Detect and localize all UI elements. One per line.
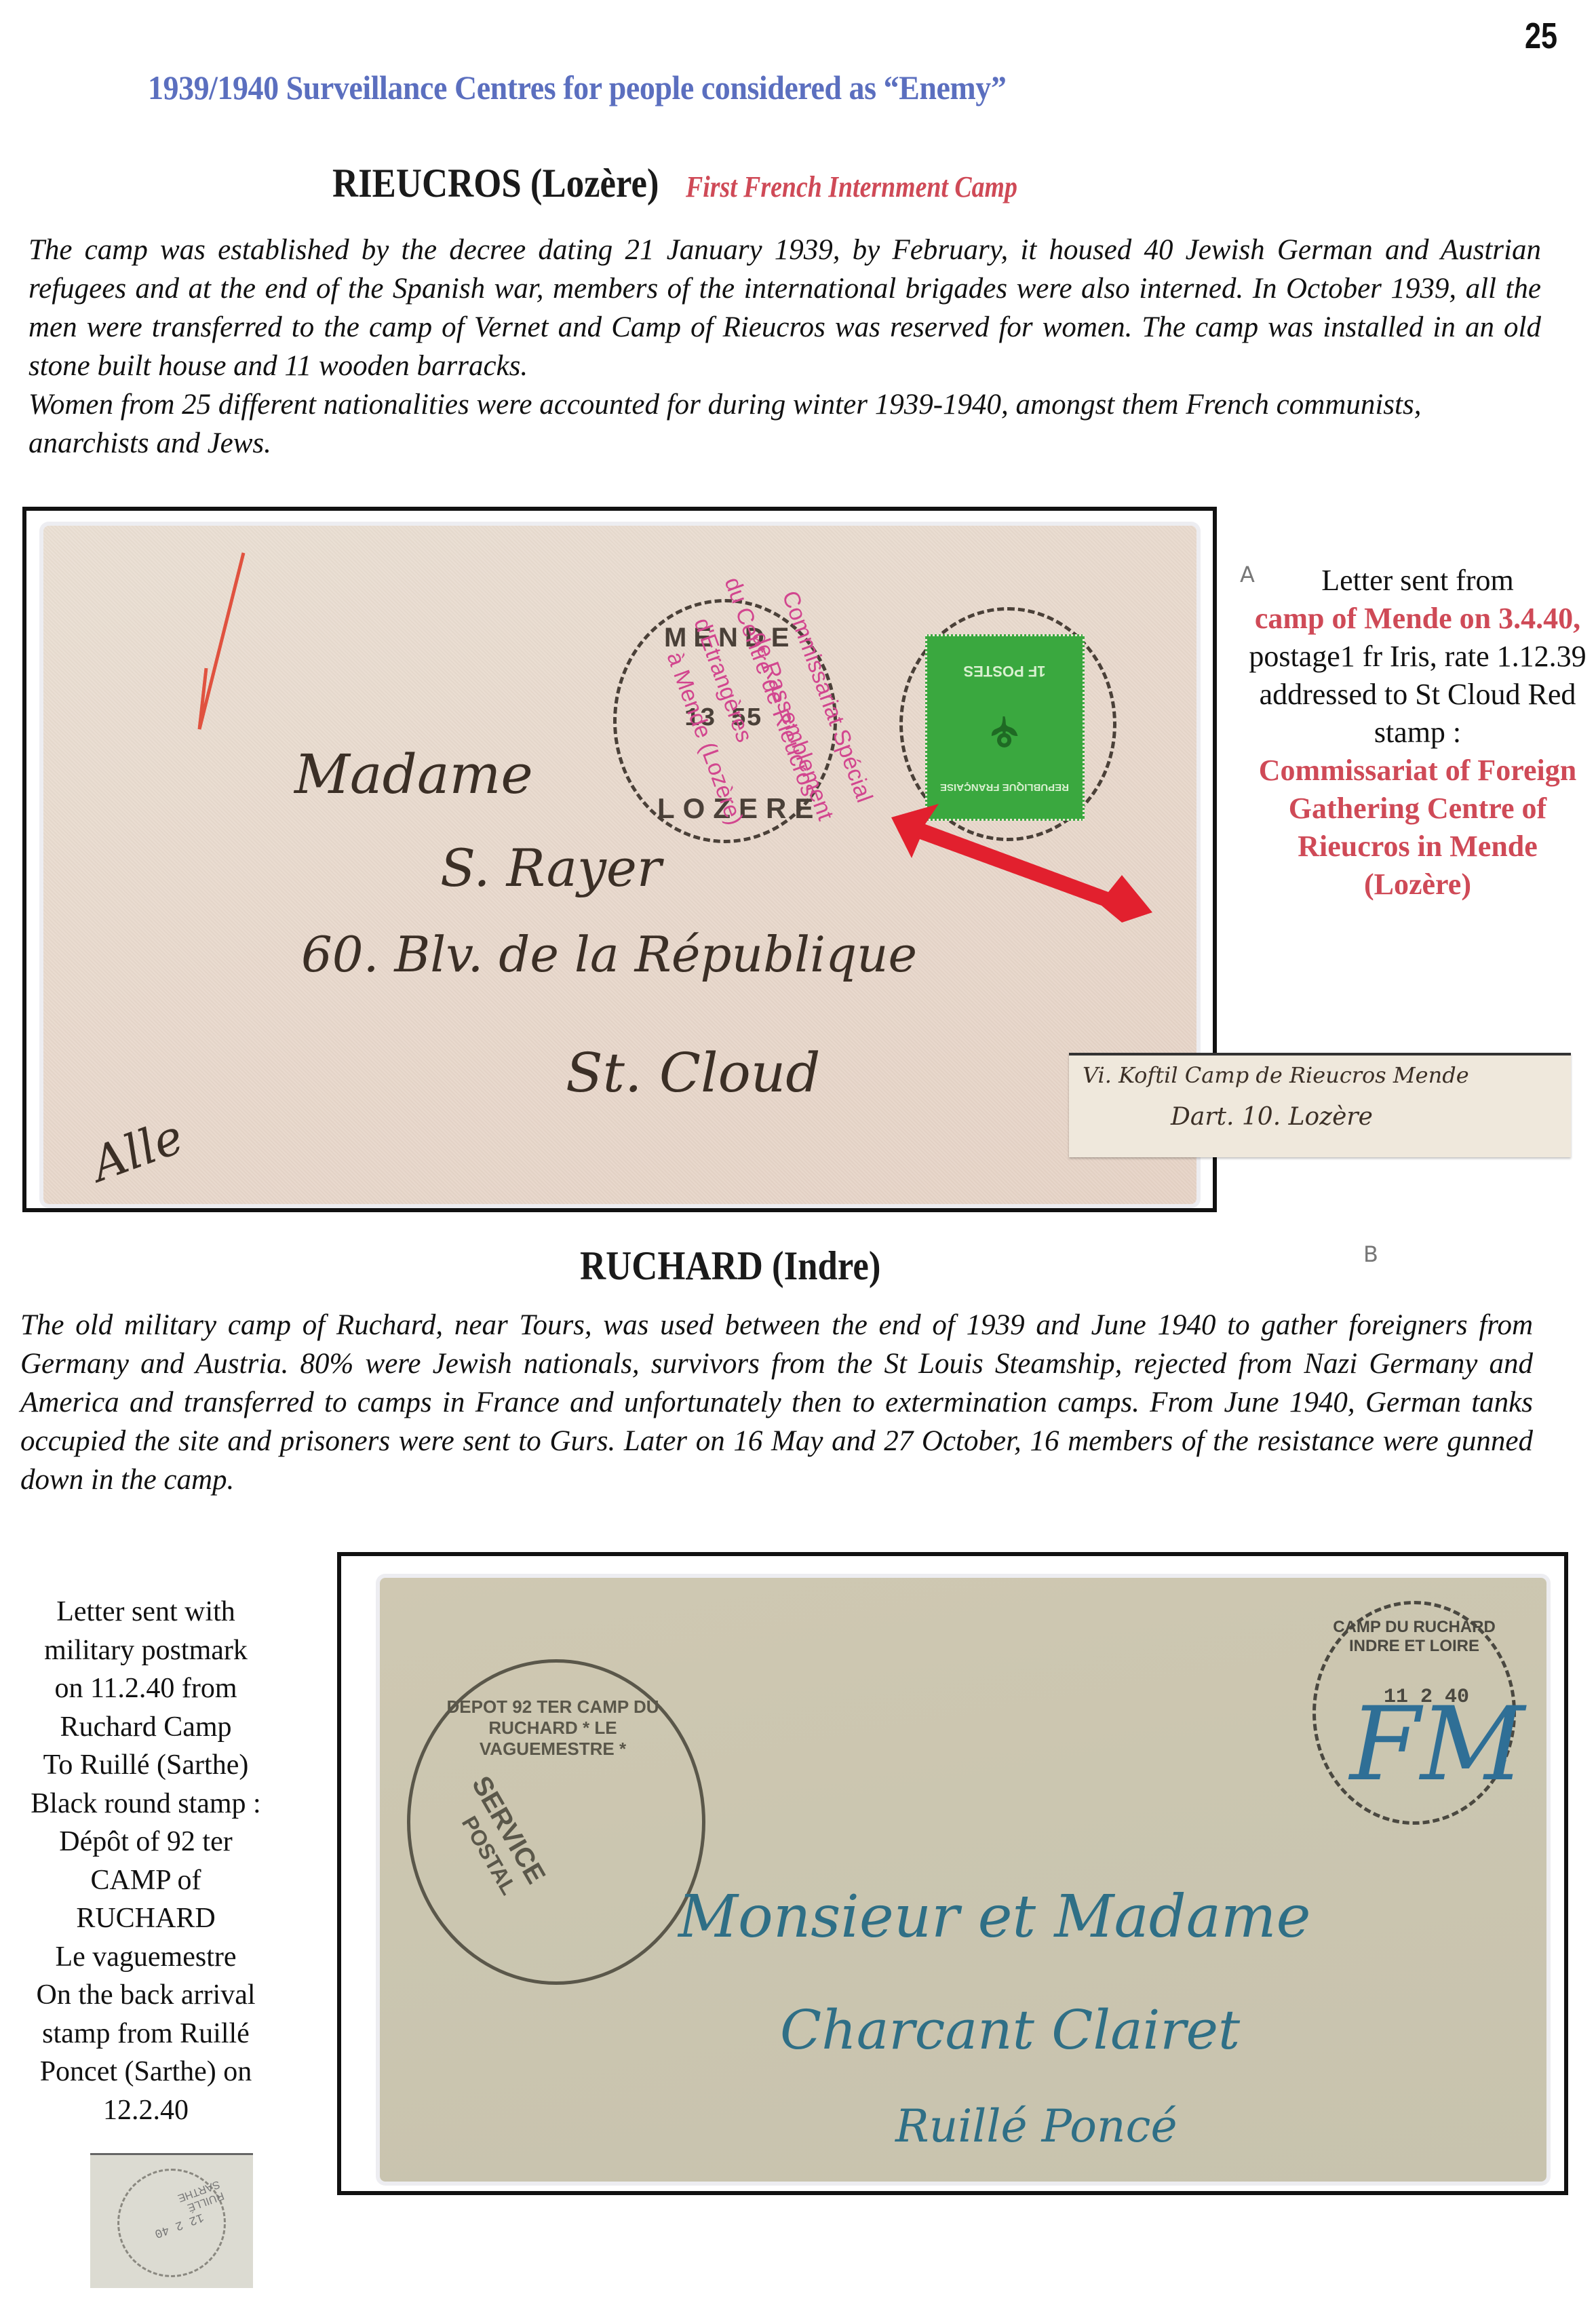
pencil-mark-b: B [1363,1241,1378,1267]
caption-intro: Letter sent from [1248,562,1587,600]
iris-flower-icon: ⚘ [940,680,1069,781]
ruchard-description: The old military camp of Ruchard, near T… [20,1306,1533,1499]
sender-note-line-1: Vi. Koftil Camp de Rieucros Mende [1083,1062,1469,1088]
camp-postmark-text: CAMP DU RUCHARD INDRE ET LOIRE [1329,1618,1499,1656]
address-line-1: Madame [294,743,533,806]
iris-postage-stamp: REPUBLIQUE FRANÇAISE ⚘ 1F POSTES [925,634,1085,821]
red-check-mark-icon [179,526,260,750]
ruchard-address-line-2: Charcant Clairet [780,1998,1240,2061]
caption-line: 12.2.40 [0,2091,292,2130]
caption-line: Poncet (Sarthe) on [0,2053,292,2091]
arrival-stamp-slip: RUILLÉ SARTHE 12 2 40 [90,2153,253,2288]
caption-line: RUCHARD [0,1899,292,1938]
rieucros-caption: Letter sent from camp of Mende on 3.4.40… [1248,562,1587,904]
stamp-label: POSTES [964,663,1024,680]
rieucros-paragraph-2: Women from 25 different nationalities we… [28,385,1541,463]
ruchard-heading: RUCHARD (Indre) [580,1243,922,1290]
rieucros-subtitle: First French Internment Camp [686,170,1017,204]
fm-franchise-mark: FM [1350,1686,1525,1804]
ruchard-envelope: DEPOT 92 TER CAMP DU RUCHARD * LE VAGUEM… [380,1578,1546,2182]
depot-cachet-outer: DEPOT 92 TER CAMP DU RUCHARD * LE VAGUEM… [424,1697,682,1760]
depot-cachet: DEPOT 92 TER CAMP DU RUCHARD * LE VAGUEM… [407,1659,705,1985]
ruchard-paragraph: The old military camp of Ruchard, near T… [20,1306,1533,1499]
arrival-postmark: RUILLÉ SARTHE 12 2 40 [117,2169,226,2277]
caption-line: On the back arrival [0,1976,292,2015]
rieucros-paragraph-1: The camp was established by the decree d… [28,231,1541,385]
caption-line: Letter sent with [0,1593,292,1631]
caption-line: Black round stamp : [0,1785,292,1823]
rieucros-title: RIEUCROS (Lozère) [332,160,659,207]
sender-note-slip: Vi. Koftil Camp de Rieucros Mende Dart. … [1069,1053,1571,1157]
caption-line: CAMP of [0,1861,292,1900]
rieucros-heading: RIEUCROS (Lozère) First French Internmen… [332,160,1072,207]
page-number: 25 [1525,15,1557,57]
ruchard-title: RUCHARD (Indre) [580,1243,880,1290]
caption-line: on 11.2.40 from [0,1669,292,1708]
red-arrow-icon [884,797,1169,933]
caption-line: Ruchard Camp [0,1708,292,1747]
margin-script: Alle [84,1108,191,1193]
sender-note-line-2: Dart. 10. Lozère [1171,1103,1373,1131]
rieucros-envelope: MENDE 13 55 LOZERE Commissariat Spécial … [43,526,1196,1204]
address-line-4: St. Cloud [566,1041,821,1104]
caption-line: To Ruillé (Sarthe) [0,1746,292,1785]
stamp-country: REPUBLIQUE FRANÇAISE [940,781,1069,793]
section-title: 1939/1940 Surveillance Centres for peopl… [148,68,1006,107]
caption-line: Le vaguemestre [0,1938,292,1977]
caption-body: postage1 fr Iris, rate 1.12.39 addressed… [1248,638,1587,752]
ruchard-caption: Letter sent with military postmark on 11… [0,1593,292,2129]
caption-line: stamp from Ruillé [0,2015,292,2053]
address-line-3: 60. Blv. de la République [301,926,917,983]
ruchard-address-line-3: Ruillé Poncé [895,2100,1177,2152]
ruchard-address-line-1: Monsieur et Madame [678,1883,1310,1951]
caption-line: military postmark [0,1631,292,1670]
caption-line: Dépôt of 92 ter [0,1823,292,1861]
caption-cachet-meaning: Commissariat of Foreign Gathering Centre… [1248,752,1587,904]
camp-ruchard-postmark: CAMP DU RUCHARD INDRE ET LOIRE 11 2 40 F… [1312,1601,1516,1825]
address-line-2: S. Rayer [440,838,661,898]
rieucros-description: The camp was established by the decree d… [28,231,1541,463]
caption-origin-date: camp of Mende on 3.4.40, [1248,600,1587,638]
stamp-value: 1F [1028,663,1046,680]
